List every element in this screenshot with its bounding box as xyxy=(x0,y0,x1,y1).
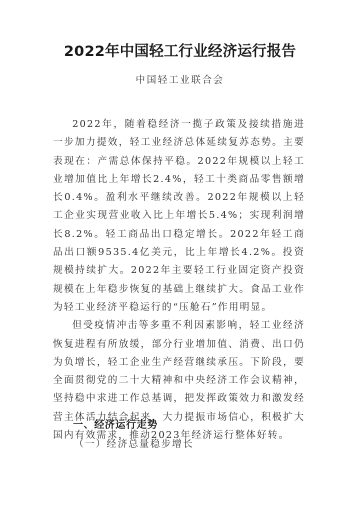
paragraph-summary: 2022年，随着稳经济一揽子政策及接续措施进一步加力提效，轻工业经济总体延续复苏… xyxy=(53,116,305,317)
document-author: 中国轻工业联合会 xyxy=(0,72,360,86)
subsection-heading: （一）经济总量稳步增长 xyxy=(74,436,194,450)
section-heading: 一、经济运行走势 xyxy=(73,416,158,431)
document-title: 2022年中国轻工行业经济运行报告 xyxy=(0,40,360,61)
document-body: 2022年，随着稳经济一揽子政策及接续措施进一步加力提效，轻工业经济总体延续复苏… xyxy=(53,116,305,445)
document-page: 2022年中国轻工行业经济运行报告 中国轻工业联合会 2022年，随着稳经济一揽… xyxy=(0,0,360,509)
